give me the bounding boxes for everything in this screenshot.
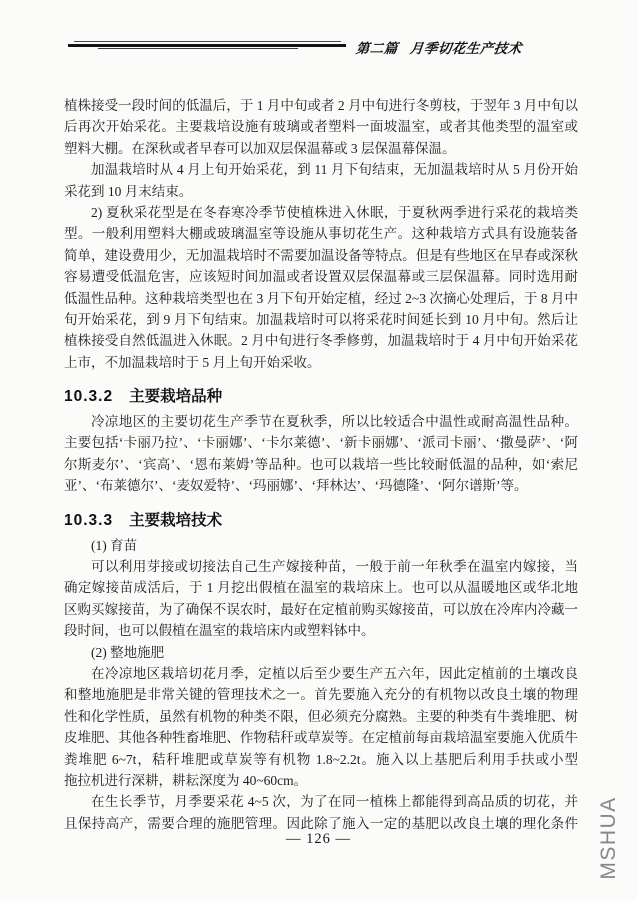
text-line: 上市，不加温栽培时于 5 月上旬开始采收。 [64,352,578,373]
document-body: 植株接受一段时间的低温后，于 1 月中旬或者 2 月中旬进行冬剪枝，于翌年 3 … [64,95,578,834]
text-line: 植株接受一段时间的低温后，于 1 月中旬或者 2 月中旬进行冬剪枝，于翌年 3 … [64,95,578,116]
paragraph: 在生长季节，月季要采花 4~5 次，为了在同一植株上都能得到高品质的切花，并且保… [64,791,578,834]
paragraph: 2) 夏秋采花型是在冬春寒冷季节使植株进入休眠，于夏秋两季进行采花的栽培类型。一… [64,202,578,373]
text-line: 拖拉机进行深耕，耕耘深度为 40~60cm。 [64,770,578,791]
paragraph: 冷凉地区的主要切花生产季节在夏秋季，所以比较适合中温性或耐高温性品种。主要包括‘… [64,411,578,497]
scanned-book-page: { "header": { "chapter": "第二篇", "title":… [0,0,637,901]
text-line: 尔斯麦尔’、‘宾高’、‘恩布莱姆’等品种。也可以栽培一些比较耐低温的品种，如‘索… [64,454,578,475]
text-line: 型。一般利用塑料大棚或玻璃温室等设施从事切花生产。这种栽培方式具有设施装备 [64,223,578,244]
section-number: 10.3.2 [64,385,113,409]
text-line: 后再次开始采花。主要栽培设施有玻璃或者塑料一面坡温室，或者其他类型的温室或 [64,116,578,137]
paragraph: (2) 整地施肥 [64,642,578,663]
paragraph: 在冷凉地区栽培切花月季，定植以后至少要生产五六年，因此定植前的土壤改良和整地施肥… [64,663,578,791]
text-line: 加温栽培时从 4 月上旬开始采花，到 11 月下旬结束，无加温栽培时从 5 月份… [64,159,578,180]
header-rule [68,41,346,50]
text-line: 段时间，也可以假植在温室的栽培床内或塑料钵中。 [64,620,578,641]
text-line: 和整地施肥是非常关键的管理技术之一。首先要施入充分的有机物以改良土壤的物理 [64,684,578,705]
text-line: 容易遭受低温危害，应该短时间加温或者设置双层保温幕或三层保温幕。同时选用耐 [64,266,578,287]
section-title: 主要栽培品种 [129,385,222,409]
paragraph: 可以利用芽接或切接法自己生产嫁接种苗，一般于前一年秋季在温室内嫁接，当确定嫁接苗… [64,556,578,642]
text-line: 粪堆肥 6~7t，秸秆堆肥或草炭等有机物 1.8~2.2t。施入以上基肥后利用手… [64,749,578,770]
text-line: 区购买嫁接苗，为了确保不误农时，最好在定植前购买嫁接苗，可以放在冷库内冷藏一 [64,599,578,620]
text-line: 简单，建设费用少，无加温栽培时不需要加温设备等特点。但是有些地区在早春或深秋 [64,245,578,266]
text-line: 在生长季节，月季要采花 4~5 次，为了在同一植株上都能得到高品质的切花，并 [64,791,578,812]
text-line: 确定嫁接苗成活后，于 1 月挖出假植在温室的栽培床上。也可以从温暖地区或华北地 [64,577,578,598]
text-line: 可以利用芽接或切接法自己生产嫁接种苗，一般于前一年秋季在温室内嫁接，当 [64,556,578,577]
running-header-title: 月季切花生产技术 [409,37,523,57]
text-line: 2) 夏秋采花型是在冬春寒冷季节使植株进入休眠，于夏秋两季进行采花的栽培类 [64,202,578,223]
text-line: 低温性品种。这种栽培类型也在 3 月下旬开始定植，经过 2~3 次摘心处理后，于… [64,288,578,309]
header-rule-thick [68,44,346,47]
text-line: 亚’、‘布莱德尔’、‘麦奴爱特’、‘玛丽娜’、‘拜林达’、‘玛德隆’、‘阿尔谱斯… [64,475,578,496]
text-line: 皮堆肥、其他各种牲畜堆肥、作物秸秆或草炭等。在定植前每亩栽培温室要施入优质牛 [64,727,578,748]
watermark-text: MSHUA [597,783,619,893]
text-line: 旬开始采花，到 9 月下旬结束。加温栽培时可以将采花时间延长到 10 月中旬。然… [64,309,578,330]
section-number: 10.3.3 [64,509,113,533]
text-line: (2) 整地施肥 [64,642,578,663]
header-rule-thin-bottom [98,48,298,49]
header-rule-thin-top [74,41,341,42]
running-header-chapter: 第二篇 [355,37,399,57]
section-heading: 10.3.3主要栽培技术 [64,509,578,533]
page-number: — 126 — [0,831,637,848]
paragraph: 加温栽培时从 4 月上旬开始采花，到 11 月下旬结束，无加温栽培时从 5 月份… [64,159,578,202]
text-line: 塑料大棚。在深秋或者早春可以加双层保温幕或 3 层保温幕保温。 [64,138,578,159]
section-heading: 10.3.2主要栽培品种 [64,385,578,409]
text-line: 在冷凉地区栽培切花月季，定植以后至少要生产五六年，因此定植前的土壤改良 [64,663,578,684]
text-line: 采花到 10 月末结束。 [64,181,578,202]
running-header: 第二篇 月季切花生产技术 [355,37,523,57]
text-line: 植株接受自然低温进入休眠。2 月中旬进行冬季修剪，加温栽培时于 4 月中旬开始采… [64,330,578,351]
paragraph: (1) 育苗 [64,535,578,556]
text-line: (1) 育苗 [64,535,578,556]
section-title: 主要栽培技术 [129,509,222,533]
paragraph: 植株接受一段时间的低温后，于 1 月中旬或者 2 月中旬进行冬剪枝，于翌年 3 … [64,95,578,159]
text-line: 冷凉地区的主要切花生产季节在夏秋季，所以比较适合中温性或耐高温性品种。 [64,411,578,432]
text-line: 主要包括‘卡丽乃拉’、‘卡丽娜’、‘卡尔莱德’、‘新卡丽娜’、‘派司卡丽’、‘撒… [64,432,578,453]
text-line: 性和化学性质，虽然有机物的种类不限，但必须充分腐熟。主要的种类有牛粪堆肥、树 [64,706,578,727]
